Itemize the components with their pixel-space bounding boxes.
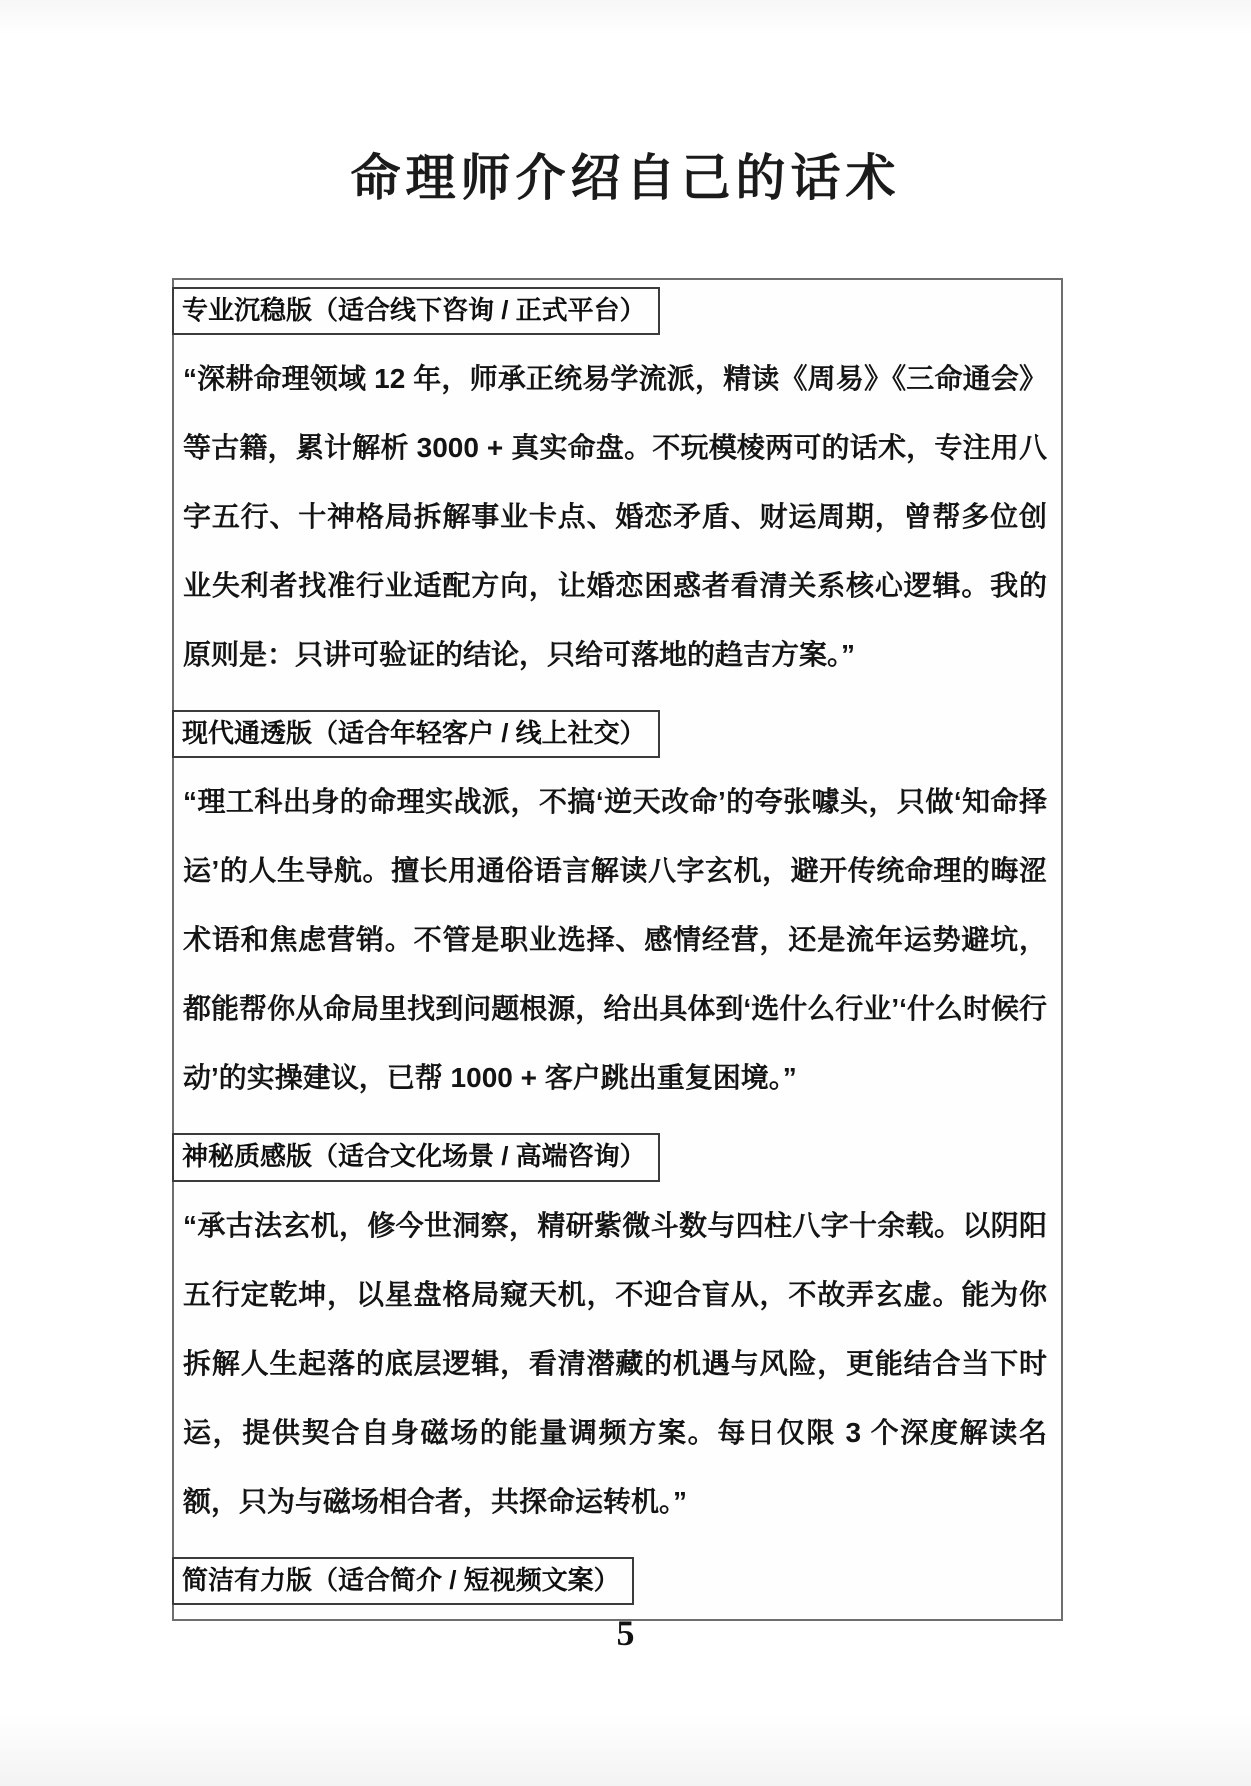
content-box: 专业沉稳版（适合线下咨询 / 正式平台） “深耕命理领域 12 年，师承正统易学… bbox=[172, 278, 1063, 1621]
page-title: 命理师介绍自己的话术 bbox=[0, 138, 1251, 210]
section-heading: 简洁有力版（适合简介 / 短视频文案） bbox=[172, 1557, 634, 1605]
page-number: 5 bbox=[0, 1612, 1251, 1654]
section-mystic: 神秘质感版（适合文化场景 / 高端咨询） “承古法玄机，修今世洞察，精研紫微斗数… bbox=[174, 1126, 1061, 1535]
section-body: “深耕命理领域 12 年，师承正统易学流派，精读《周易》《三命通会》等古籍，累计… bbox=[174, 344, 1061, 689]
section-professional: 专业沉稳版（适合线下咨询 / 正式平台） “深耕命理领域 12 年，师承正统易学… bbox=[174, 280, 1061, 689]
section-heading: 现代通透版（适合年轻客户 / 线上社交） bbox=[172, 710, 660, 758]
section-heading: 专业沉稳版（适合线下咨询 / 正式平台） bbox=[172, 287, 660, 335]
section-body: “承古法玄机，修今世洞察，精研紫微斗数与四柱八字十余载。以阴阳五行定乾坤，以星盘… bbox=[174, 1191, 1061, 1536]
section-concise: 简洁有力版（适合简介 / 短视频文案） bbox=[174, 1550, 1061, 1605]
document-page: 命理师介绍自己的话术 专业沉稳版（适合线下咨询 / 正式平台） “深耕命理领域 … bbox=[0, 0, 1251, 1786]
section-modern: 现代通透版（适合年轻客户 / 线上社交） “理工科出身的命理实战派，不搞‘逆天改… bbox=[174, 703, 1061, 1112]
section-heading: 神秘质感版（适合文化场景 / 高端咨询） bbox=[172, 1133, 660, 1181]
section-body: “理工科出身的命理实战派，不搞‘逆天改命’的夸张噱头，只做‘知命择运’的人生导航… bbox=[174, 767, 1061, 1112]
